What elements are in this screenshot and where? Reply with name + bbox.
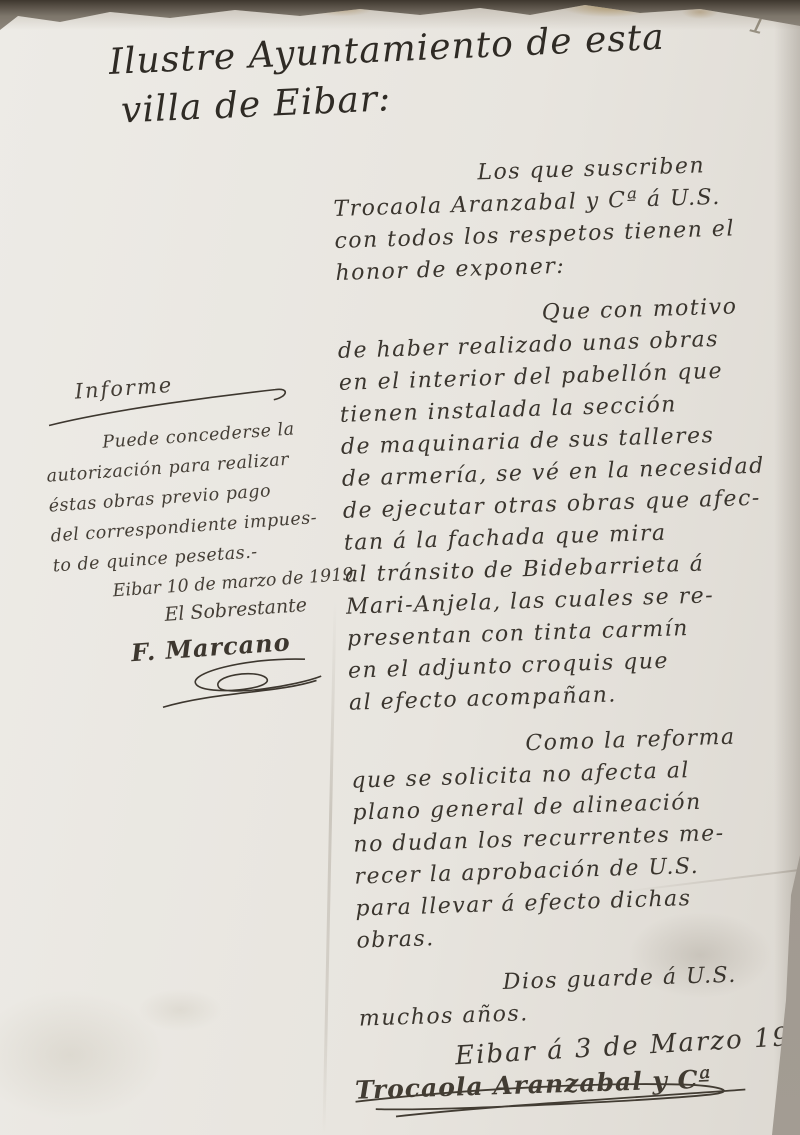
page-number-annotation: 1 [747,9,769,41]
document-heading: Ilustre Ayuntamiento de esta villa de Ei… [108,17,668,132]
margin-note-role: El Sobrestante [164,591,352,626]
paragraph-valediction: Dios guarde á U.S. muchos años. [357,957,800,1036]
paragraph-request: Como la reforma que se solicita no afect… [350,719,800,958]
margin-note-body: Puede concederse la autorización para re… [43,411,348,581]
document-photo: 1 Ilustre Ayuntamiento de esta villa de … [0,0,800,1135]
margin-note-informe: Informe Puede concederse la autorización… [40,361,358,720]
manuscript-page: 1 Ilustre Ayuntamiento de esta villa de … [0,0,800,1135]
paragraph-exposition: Que con motivo de haber realizado unas o… [336,289,800,719]
petition-body: Los que suscriben Trocaola Aranzabal y C… [332,147,800,1104]
paragraph-salutation: Los que suscriben Trocaola Aranzabal y C… [332,147,800,290]
company-signature-block: Trocaola Aranzabal y Cª [355,1061,800,1105]
